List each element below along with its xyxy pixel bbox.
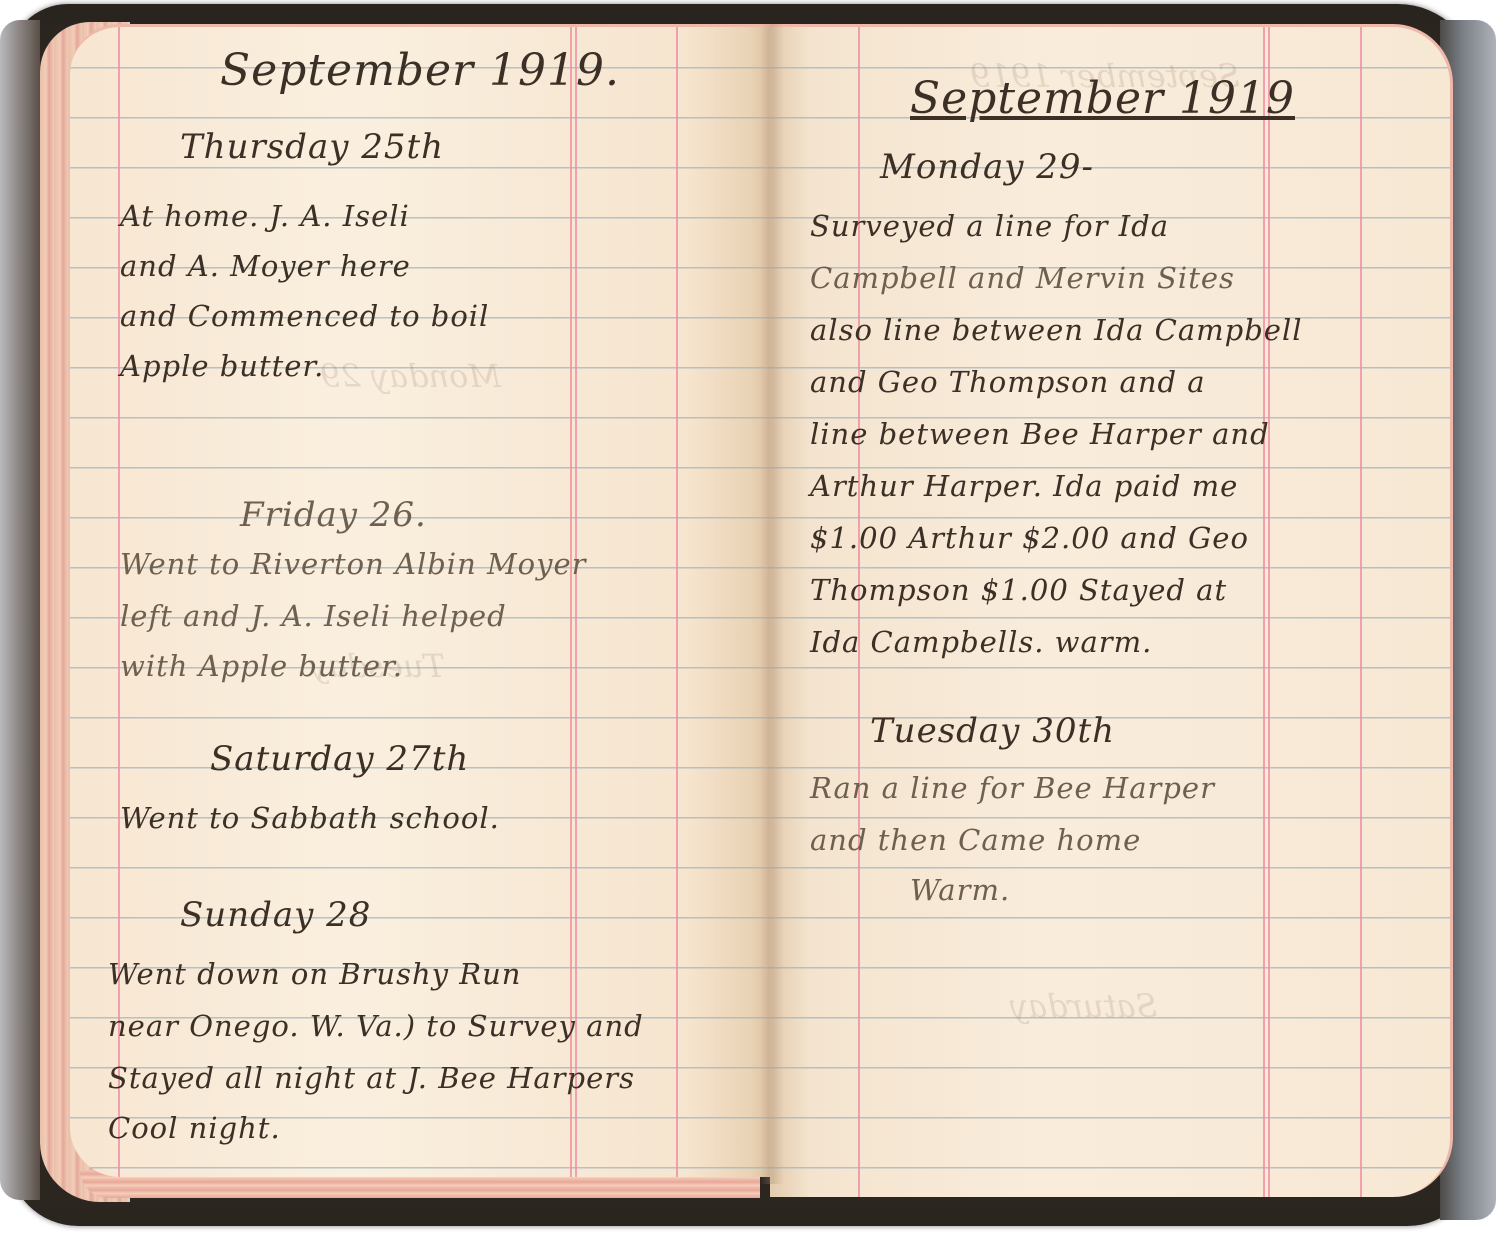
right-page: September 1919 Saturday September 1919 M… [770, 24, 1453, 1197]
entry-line: Apple butter. [120, 349, 324, 383]
margin-rule [676, 27, 678, 1177]
entry-day: Thursday 25th [180, 127, 444, 167]
entry-line: Thompson $1.00 Stayed at [810, 573, 1227, 607]
entry-line: Campbell and Mervin Sites [810, 261, 1235, 295]
entry-line: with Apple butter. [120, 649, 403, 683]
entry-day: Tuesday 30th [870, 711, 1115, 751]
entry-line: At home. J. A. Iseli [120, 199, 410, 233]
entry-day: Monday 29- [880, 147, 1094, 187]
entry-line: left and J. A. Iseli helped [120, 599, 507, 633]
entry-line: $1.00 Arthur $2.00 and Geo [810, 521, 1249, 555]
entry-line: near Onego. W. Va.) to Survey and [108, 1009, 644, 1043]
margin-rule [570, 27, 572, 1177]
entry-line: and Geo Thompson and a [810, 365, 1206, 399]
entry-line: Went to Riverton Albin Moyer [120, 547, 587, 581]
entry-line: Surveyed a line for Ida [810, 209, 1169, 243]
entry-line: Went down on Brushy Run [108, 957, 521, 991]
entry-line: Warm. [910, 873, 1010, 907]
entry-line: Went to Sabbath school. [120, 801, 500, 835]
margin-rule [575, 27, 577, 1177]
entry-line: Ida Campbells. warm. [810, 625, 1152, 659]
margin-rule [1360, 27, 1362, 1197]
margin-rule [858, 27, 860, 1197]
page-heading: September 1919. [220, 45, 620, 96]
margin-rule [1268, 27, 1270, 1197]
entry-line: line between Bee Harper and [810, 417, 1270, 451]
entry-day: Friday 26. [240, 495, 427, 535]
entry-line: Stayed all night at J. Bee Harpers [108, 1061, 635, 1095]
entry-line: Arthur Harper. Ida paid me [810, 469, 1238, 503]
entry-day: Sunday 28 [180, 895, 371, 935]
margin-rule [1263, 27, 1265, 1197]
entry-line: also line between Ida Campbell [810, 313, 1303, 347]
entry-line: and then Came home [810, 823, 1141, 857]
page-heading: September 1919 [910, 73, 1295, 124]
left-page: Monday 29 Tuesday September 1919. Thursd… [70, 24, 770, 1177]
entry-line: Cool night. [108, 1111, 281, 1145]
entry-day: Saturday 27th [210, 739, 469, 779]
cover-left-edge [0, 20, 40, 1200]
entry-line: and Commenced to boil [120, 299, 489, 333]
entry-line: Ran a line for Bee Harper [810, 771, 1215, 805]
entry-line: and A. Moyer here [120, 249, 411, 283]
book-gutter [760, 24, 784, 1184]
